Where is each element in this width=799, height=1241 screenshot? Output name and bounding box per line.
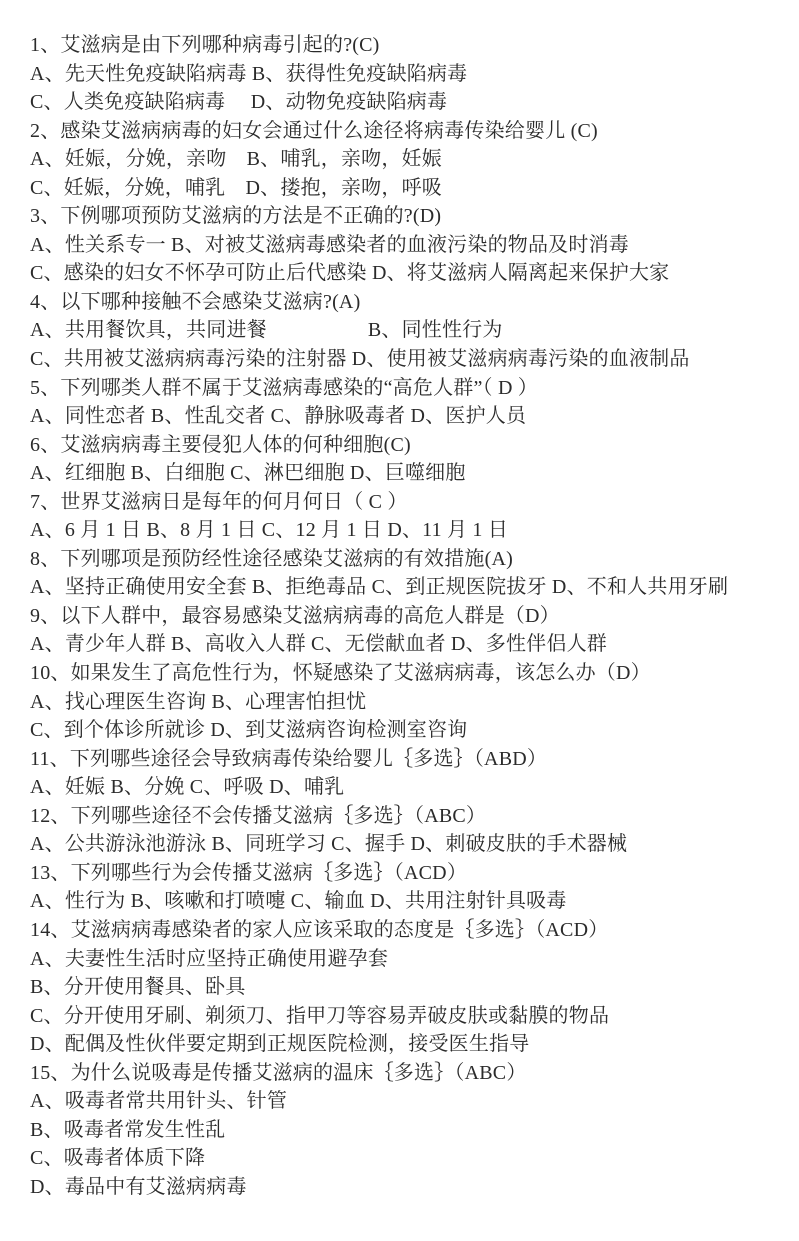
- question-stem: 11、下列哪些途径会导致病毒传染给婴儿｛多选｝（ABD）: [30, 745, 785, 774]
- option-line: C、共用被艾滋病病毒污染的注射器 D、使用被艾滋病病毒污染的血液制品: [30, 345, 785, 374]
- question-6: 6、艾滋病病毒主要侵犯人体的何种细胞(C)A、红细胞 B、白细胞 C、淋巴细胞 …: [30, 431, 785, 488]
- question-2: 2、感染艾滋病病毒的妇女会通过什么途径将病毒传染给婴儿 (C)A、妊娠，分娩，亲…: [30, 117, 785, 203]
- option-line: A、坚持正确使用安全套 B、拒绝毒品 C、到正规医院拔牙 D、不和人共用牙刷: [30, 573, 785, 602]
- option-line: A、红细胞 B、白细胞 C、淋巴细胞 D、巨噬细胞: [30, 459, 785, 488]
- question-9: 9、以下人群中，最容易感染艾滋病病毒的高危人群是（D）A、青少年人群 B、高收入…: [30, 602, 785, 659]
- question-stem: 1、艾滋病是由下列哪种病毒引起的?(C): [30, 31, 785, 60]
- question-14: 14、艾滋病病毒感染者的家人应该采取的态度是｛多选｝（ACD）A、夫妻性生活时应…: [30, 916, 785, 1059]
- option-line: C、吸毒者体质下降: [30, 1144, 785, 1173]
- question-10: 10、如果发生了高危性行为，怀疑感染了艾滋病病毒，该怎么办（D）A、找心理医生咨…: [30, 659, 785, 745]
- question-13: 13、下列哪些行为会传播艾滋病｛多选｝（ACD）A、性行为 B、咳嗽和打喷嚏 C…: [30, 859, 785, 916]
- question-12: 12、下列哪些途径不会传播艾滋病｛多选｝（ABC）A、公共游泳池游泳 B、同班学…: [30, 802, 785, 859]
- question-stem: 6、艾滋病病毒主要侵犯人体的何种细胞(C): [30, 431, 785, 460]
- option-line: A、先天性免疫缺陷病毒 B、获得性免疫缺陷病毒: [30, 60, 785, 89]
- option-line: A、夫妻性生活时应坚持正确使用避孕套: [30, 945, 785, 974]
- question-4: 4、以下哪种接触不会感染艾滋病?(A)A、共用餐饮具，共同进餐 B、同性性行为C…: [30, 288, 785, 374]
- question-stem: 9、以下人群中，最容易感染艾滋病病毒的高危人群是（D）: [30, 602, 785, 631]
- option-line: C、感染的妇女不怀孕可防止后代感染 D、将艾滋病人隔离起来保护大家: [30, 259, 785, 288]
- option-line: A、妊娠 B、分娩 C、呼吸 D、哺乳: [30, 773, 785, 802]
- option-line: C、妊娠，分娩，哺乳 D、搂抱，亲吻，呼吸: [30, 174, 785, 203]
- question-stem: 7、世界艾滋病日是每年的何月何日（ C ）: [30, 488, 785, 517]
- option-line: A、共用餐饮具，共同进餐 B、同性性行为: [30, 316, 785, 345]
- option-line: B、分开使用餐具、卧具: [30, 973, 785, 1002]
- question-stem: 12、下列哪些途径不会传播艾滋病｛多选｝（ABC）: [30, 802, 785, 831]
- option-line: A、6 月 1 日 B、8 月 1 日 C、12 月 1 日 D、11 月 1 …: [30, 516, 785, 545]
- option-line: C、分开使用牙刷、剃须刀、指甲刀等容易弄破皮肤或黏膜的物品: [30, 1002, 785, 1031]
- question-stem: 14、艾滋病病毒感染者的家人应该采取的态度是｛多选｝（ACD）: [30, 916, 785, 945]
- question-7: 7、世界艾滋病日是每年的何月何日（ C ）A、6 月 1 日 B、8 月 1 日…: [30, 488, 785, 545]
- document-page: 1、艾滋病是由下列哪种病毒引起的?(C)A、先天性免疫缺陷病毒 B、获得性免疫缺…: [0, 0, 799, 1241]
- option-line: C、人类免疫缺陷病毒 D、动物免疫缺陷病毒: [30, 88, 785, 117]
- option-line: A、同性恋者 B、性乱交者 C、静脉吸毒者 D、医护人员: [30, 402, 785, 431]
- question-stem: 13、下列哪些行为会传播艾滋病｛多选｝（ACD）: [30, 859, 785, 888]
- question-stem: 10、如果发生了高危性行为，怀疑感染了艾滋病病毒，该怎么办（D）: [30, 659, 785, 688]
- option-line: B、吸毒者常发生性乱: [30, 1116, 785, 1145]
- option-line: A、吸毒者常共用针头、针管: [30, 1087, 785, 1116]
- option-line: A、找心理医生咨询 B、心理害怕担忧: [30, 688, 785, 717]
- quiz-document: 1、艾滋病是由下列哪种病毒引起的?(C)A、先天性免疫缺陷病毒 B、获得性免疫缺…: [30, 31, 785, 1201]
- question-5: 5、下列哪类人群不属于艾滋病毒感染的“高危人群”（ D ）A、同性恋者 B、性乱…: [30, 374, 785, 431]
- option-line: A、性行为 B、咳嗽和打喷嚏 C、输血 D、共用注射针具吸毒: [30, 887, 785, 916]
- option-line: A、性关系专一 B、对被艾滋病毒感染者的血液污染的物品及时消毒: [30, 231, 785, 260]
- question-8: 8、下列哪项是预防经性途径感染艾滋病的有效措施(A)A、坚持正确使用安全套 B、…: [30, 545, 785, 602]
- question-3: 3、下例哪项预防艾滋病的方法是不正确的?(D)A、性关系专一 B、对被艾滋病毒感…: [30, 202, 785, 288]
- option-line: A、妊娠，分娩，亲吻 B、哺乳，亲吻，妊娠: [30, 145, 785, 174]
- option-line: A、公共游泳池游泳 B、同班学习 C、握手 D、刺破皮肤的手术器械: [30, 830, 785, 859]
- question-stem: 2、感染艾滋病病毒的妇女会通过什么途径将病毒传染给婴儿 (C): [30, 117, 785, 146]
- question-11: 11、下列哪些途径会导致病毒传染给婴儿｛多选｝（ABD）A、妊娠 B、分娩 C、…: [30, 745, 785, 802]
- question-stem: 8、下列哪项是预防经性途径感染艾滋病的有效措施(A): [30, 545, 785, 574]
- option-line: C、到个体诊所就诊 D、到艾滋病咨询检测室咨询: [30, 716, 785, 745]
- option-line: A、青少年人群 B、高收入人群 C、无偿献血者 D、多性伴侣人群: [30, 630, 785, 659]
- question-stem: 5、下列哪类人群不属于艾滋病毒感染的“高危人群”（ D ）: [30, 374, 785, 403]
- question-stem: 3、下例哪项预防艾滋病的方法是不正确的?(D): [30, 202, 785, 231]
- option-line: D、配偶及性伙伴要定期到正规医院检测，接受医生指导: [30, 1030, 785, 1059]
- question-15: 15、为什么说吸毒是传播艾滋病的温床｛多选｝（ABC）A、吸毒者常共用针头、针管…: [30, 1059, 785, 1202]
- question-stem: 15、为什么说吸毒是传播艾滋病的温床｛多选｝（ABC）: [30, 1059, 785, 1088]
- question-1: 1、艾滋病是由下列哪种病毒引起的?(C)A、先天性免疫缺陷病毒 B、获得性免疫缺…: [30, 31, 785, 117]
- option-line: D、毒品中有艾滋病病毒: [30, 1173, 785, 1202]
- question-stem: 4、以下哪种接触不会感染艾滋病?(A): [30, 288, 785, 317]
